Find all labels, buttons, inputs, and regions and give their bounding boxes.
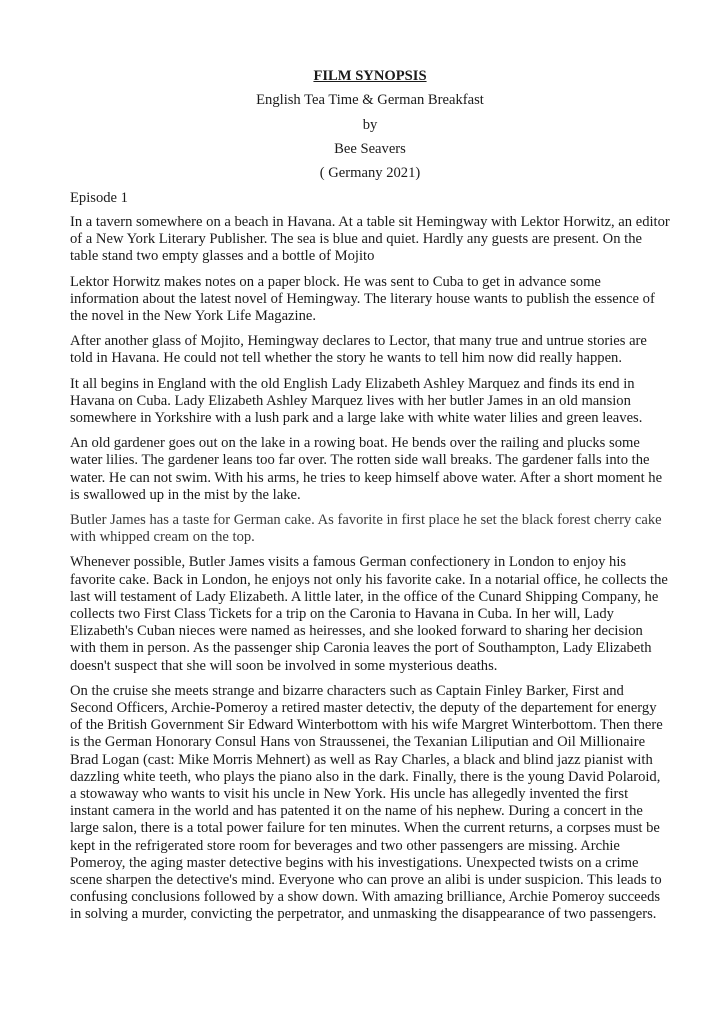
paragraph-gardener: An old gardener goes out on the lake in … [70,435,670,504]
origin-line: ( Germany 2021) [70,165,670,182]
paragraph-lektor-notes: Lektor Horwitz makes notes on a paper bl… [70,274,670,326]
author-name: Bee Seavers [70,141,670,158]
paragraph-england: It all begins in England with the old En… [70,376,670,428]
paragraph-confectionery: Whenever possible, Butler James visits a… [70,554,670,674]
paragraph-mojito: After another glass of Mojito, Hemingway… [70,333,670,367]
by-line: by [70,117,670,134]
paragraph-cruise: On the cruise she meets strange and biza… [70,683,670,924]
paragraph-cake: Butler James has a taste for German cake… [70,512,670,546]
paragraph-tavern: In a tavern somewhere on a beach in Hava… [70,214,670,266]
document-page: FILM SYNOPSIS English Tea Time & German … [70,68,670,932]
episode-heading: Episode 1 [70,190,670,207]
document-title: FILM SYNOPSIS [70,68,670,85]
film-title: English Tea Time & German Breakfast [70,92,670,109]
